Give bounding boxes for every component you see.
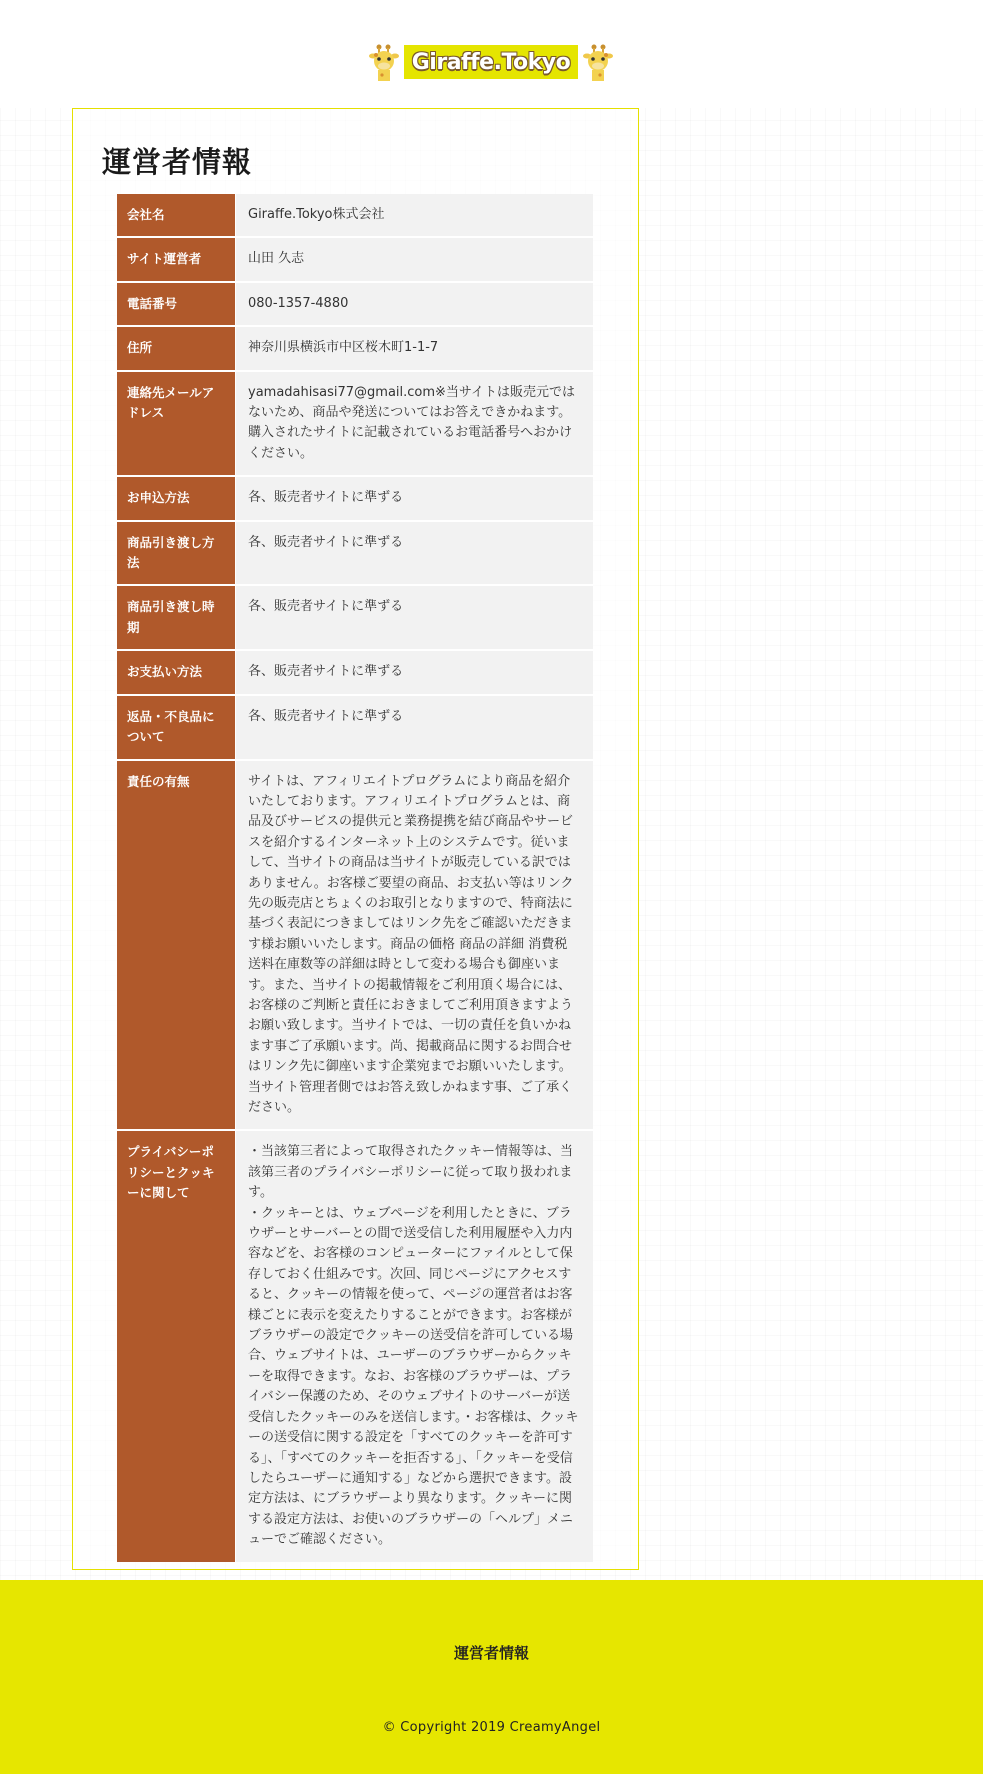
table-row-address: 住所 神奈川県横浜市中区桜木町1-1-7: [117, 327, 593, 371]
table-row-company: 会社名 Giraffe.Tokyo株式会社: [117, 194, 593, 238]
table-row-privacy-cookies: プライバシーポリシーとクッキーに関して ・当該第三者によって取得されたクッキー情…: [117, 1131, 593, 1561]
row-label: お申込方法: [117, 477, 236, 521]
row-label: 商品引き渡し方法: [117, 522, 236, 587]
row-value: 各、販売者サイトに準ずる: [236, 651, 593, 695]
site-logo[interactable]: Giraffe.Tokyo: [368, 42, 614, 82]
site-footer: 運営者情報 © Copyright 2019 CreamyAngel: [0, 1580, 983, 1774]
site-header: Giraffe.Tokyo: [0, 0, 983, 108]
row-value: 山田 久志: [236, 238, 593, 282]
row-label: 返品・不良品について: [117, 696, 236, 761]
row-value: 各、販売者サイトに準ずる: [236, 477, 593, 521]
footer-link-operator-info[interactable]: 運営者情報: [0, 1642, 983, 1663]
table-row-liability: 責任の有無 サイトは、アフィリエイトプログラムにより商品を紹介いたしております。…: [117, 761, 593, 1132]
table-row-delivery-method: 商品引き渡し方法 各、販売者サイトに準ずる: [117, 522, 593, 587]
row-value: 各、販売者サイトに準ずる: [236, 696, 593, 761]
row-value: 080-1357-4880: [236, 283, 593, 327]
row-value: 各、販売者サイトに準ずる: [236, 586, 593, 651]
table-row-operator: サイト運営者 山田 久志: [117, 238, 593, 282]
table-row-application-method: お申込方法 各、販売者サイトに準ずる: [117, 477, 593, 521]
row-label: 電話番号: [117, 283, 236, 327]
row-label: 連絡先メールアドレス: [117, 372, 236, 478]
table-row-phone: 電話番号 080-1357-4880: [117, 283, 593, 327]
row-label: プライバシーポリシーとクッキーに関して: [117, 1131, 236, 1561]
row-label: お支払い方法: [117, 651, 236, 695]
row-value: yamadahisasi77@gmail.com※当サイトは販売元ではないため、…: [236, 372, 593, 478]
row-value: ・当該第三者によって取得されたクッキー情報等は、当該第三者のプライバシーポリシー…: [236, 1131, 593, 1561]
row-value: Giraffe.Tokyo株式会社: [236, 194, 593, 238]
table-row-email: 連絡先メールアドレス yamadahisasi77@gmail.com※当サイト…: [117, 372, 593, 478]
logo-text: Giraffe.Tokyo: [404, 45, 578, 79]
footer-copyright: © Copyright 2019 CreamyAngel: [0, 1720, 983, 1735]
row-value: 各、販売者サイトに準ずる: [236, 522, 593, 587]
row-label: 会社名: [117, 194, 236, 238]
row-label: サイト運営者: [117, 238, 236, 282]
row-value: サイトは、アフィリエイトプログラムにより商品を紹介いたしております。アフィリエイ…: [236, 761, 593, 1132]
row-label: 住所: [117, 327, 236, 371]
table-row-payment-method: お支払い方法 各、販売者サイトに準ずる: [117, 651, 593, 695]
operator-info-table: 会社名 Giraffe.Tokyo株式会社 サイト運営者 山田 久志 電話番号 …: [117, 194, 593, 1562]
table-row-returns: 返品・不良品について 各、販売者サイトに準ずる: [117, 696, 593, 761]
giraffe-left-icon: [368, 43, 402, 81]
row-label: 商品引き渡し時期: [117, 586, 236, 651]
row-label: 責任の有無: [117, 761, 236, 1132]
row-value: 神奈川県横浜市中区桜木町1-1-7: [236, 327, 593, 371]
giraffe-right-icon: [580, 43, 614, 81]
table-row-delivery-time: 商品引き渡し時期 各、販売者サイトに準ずる: [117, 586, 593, 651]
page-title: 運営者情報: [102, 140, 252, 181]
